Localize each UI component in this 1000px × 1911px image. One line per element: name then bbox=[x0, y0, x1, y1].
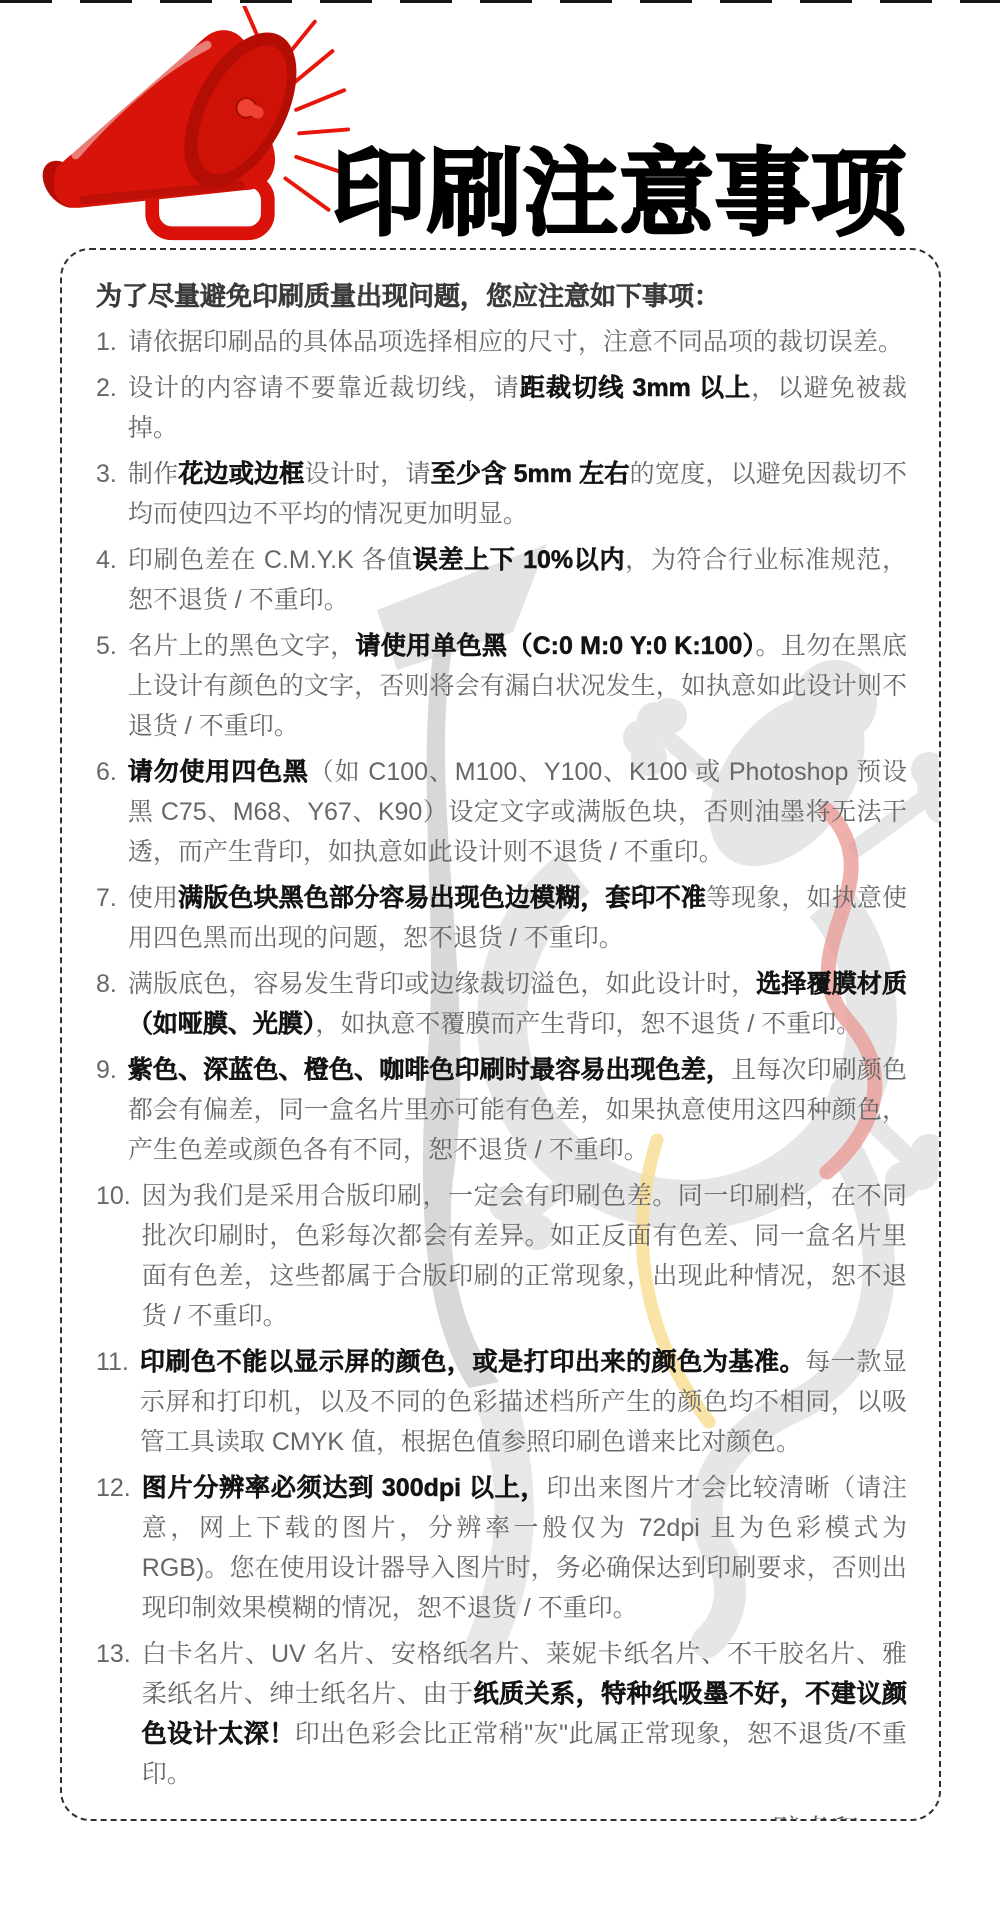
notice-item: 9.紫色、深蓝色、橙色、咖啡色印刷时最容易出现色差，且每次印刷颜色都会有偏差，同… bbox=[96, 1050, 907, 1170]
item-number: 9. bbox=[96, 1050, 117, 1170]
item-text-segment: 满版底色，容易发生背印或边缘裁切溢色，如此设计时， bbox=[128, 970, 756, 998]
signature-block: 壁虎印 2020 年 3 月 1 日 bbox=[96, 1808, 907, 1821]
item-text: 紫色、深蓝色、橙色、咖啡色印刷时最容易出现色差，且每次印刷颜色都会有偏差，同一盒… bbox=[128, 1050, 907, 1170]
item-text: 因为我们是采用合版印刷，一定会有印刷色差。同一印刷档，在不同批次印刷时，色彩每次… bbox=[142, 1176, 907, 1336]
signature: 壁虎印 bbox=[96, 1808, 859, 1821]
item-text: 请勿使用四色黑（如 C100、M100、Y100、K100 或 Photosho… bbox=[128, 752, 907, 872]
item-text-bold-segment: 至少含 5mm 左右 bbox=[431, 460, 630, 488]
notice-item: 7.使用满版色块黑色部分容易出现色边模糊，套印不准等现象，如执意使用四色黑而出现… bbox=[96, 878, 907, 958]
page-title: 印刷注意事项 bbox=[331, 124, 931, 264]
item-text-bold-segment: 花边或边框 bbox=[178, 460, 304, 488]
item-text: 满版底色，容易发生背印或边缘裁切溢色，如此设计时，选择覆膜材质（如哑膜、光膜），… bbox=[128, 964, 907, 1044]
item-text-bold-segment: 距裁切线 3mm 以上 bbox=[520, 374, 751, 402]
item-number: 7. bbox=[96, 878, 117, 958]
notice-item: 10.因为我们是采用合版印刷，一定会有印刷色差。同一印刷档，在不同批次印刷时，色… bbox=[96, 1176, 907, 1336]
item-number: 3. bbox=[96, 454, 117, 534]
intro-line: 为了尽量避免印刷质量出现问题，您应注意如下事项： bbox=[96, 276, 907, 316]
header: 印刷注意事项 bbox=[0, 0, 1000, 248]
notice-box: 为了尽量避免印刷质量出现问题，您应注意如下事项： 1.请依据印刷品的具体品项选择… bbox=[60, 248, 941, 1821]
item-text: 名片上的黑色文字，请使用单色黑（C:0 M:0 Y:0 K:100）。且勿在黑底… bbox=[128, 626, 907, 746]
item-number: 12. bbox=[96, 1468, 131, 1628]
item-text-segment: 使用 bbox=[128, 884, 178, 912]
item-text-segment: 名片上的黑色文字， bbox=[128, 632, 356, 660]
item-text: 设计的内容请不要靠近裁切线，请距裁切线 3mm 以上，以避免被裁掉。 bbox=[128, 368, 907, 448]
item-number: 1. bbox=[96, 322, 117, 362]
item-number: 2. bbox=[96, 368, 117, 448]
notice-item-list: 1.请依据印刷品的具体品项选择相应的尺寸，注意不同品项的裁切误差。2.设计的内容… bbox=[96, 322, 907, 1794]
notice-item: 6.请勿使用四色黑（如 C100、M100、Y100、K100 或 Photos… bbox=[96, 752, 907, 872]
item-text-segment: 请依据印刷品的具体品项选择相应的尺寸，注意不同品项的裁切误差。 bbox=[128, 328, 903, 356]
notice-item: 11.印刷色不能以显示屏的颜色，或是打印出来的颜色为基准。每一款显示屏和打印机，… bbox=[96, 1342, 907, 1462]
item-text-segment: 因为我们是采用合版印刷，一定会有印刷色差。同一印刷档，在不同批次印刷时，色彩每次… bbox=[142, 1182, 907, 1330]
item-number: 5. bbox=[96, 626, 117, 746]
notice-item: 2.设计的内容请不要靠近裁切线，请距裁切线 3mm 以上，以避免被裁掉。 bbox=[96, 368, 907, 448]
item-text-segment: 制作 bbox=[128, 460, 178, 488]
notice-item: 4.印刷色差在 C.M.Y.K 各值误差上下 10%以内，为符合行业标准规范，恕… bbox=[96, 540, 907, 620]
item-text: 印刷色差在 C.M.Y.K 各值误差上下 10%以内，为符合行业标准规范，恕不退… bbox=[128, 540, 907, 620]
item-text-bold-segment: 印刷色不能以显示屏的颜色，或是打印出来的颜色为基准。 bbox=[140, 1348, 805, 1376]
item-text: 制作花边或边框设计时，请至少含 5mm 左右的宽度，以避免因裁切不均而使四边不平… bbox=[128, 454, 907, 534]
item-text: 印刷色不能以显示屏的颜色，或是打印出来的颜色为基准。每一款显示屏和打印机，以及不… bbox=[140, 1342, 907, 1462]
notice-item: 1.请依据印刷品的具体品项选择相应的尺寸，注意不同品项的裁切误差。 bbox=[96, 322, 907, 362]
item-number: 10. bbox=[96, 1176, 131, 1336]
item-text: 白卡名片、UV 名片、安格纸名片、莱妮卡纸名片、不干胶名片、雅柔纸名片、绅士纸名… bbox=[142, 1634, 907, 1794]
item-text-bold-segment: 图片分辨率必须达到 300dpi 以上， bbox=[142, 1474, 547, 1502]
notice-item: 13.白卡名片、UV 名片、安格纸名片、莱妮卡纸名片、不干胶名片、雅柔纸名片、绅… bbox=[96, 1634, 907, 1794]
item-text: 请依据印刷品的具体品项选择相应的尺寸，注意不同品项的裁切误差。 bbox=[128, 322, 907, 362]
item-text-bold-segment: 误差上下 10%以内 bbox=[413, 546, 625, 574]
item-text-segment: 设计的内容请不要靠近裁切线，请 bbox=[128, 374, 520, 402]
item-number: 8. bbox=[96, 964, 117, 1044]
item-number: 6. bbox=[96, 752, 117, 872]
megaphone-icon bbox=[18, 6, 353, 246]
item-text: 图片分辨率必须达到 300dpi 以上，印出来图片才会比较清晰（请注意，网上下载… bbox=[142, 1468, 907, 1628]
notice-item: 5.名片上的黑色文字，请使用单色黑（C:0 M:0 Y:0 K:100）。且勿在… bbox=[96, 626, 907, 746]
item-text-bold-segment: 请勿使用四色黑 bbox=[128, 758, 309, 786]
item-number: 11. bbox=[96, 1342, 129, 1462]
item-text-segment: 印刷色差在 C.M.Y.K 各值 bbox=[128, 546, 413, 574]
item-text-bold-segment: 请使用单色黑（C:0 M:0 Y:0 K:100） bbox=[356, 632, 756, 660]
notice-content: 为了尽量避免印刷质量出现问题，您应注意如下事项： 1.请依据印刷品的具体品项选择… bbox=[62, 250, 939, 1821]
item-text: 使用满版色块黑色部分容易出现色边模糊，套印不准等现象，如执意使用四色黑而出现的问… bbox=[128, 878, 907, 958]
item-text-bold-segment: 紫色、深蓝色、橙色、咖啡色印刷时最容易出现色差， bbox=[128, 1056, 731, 1084]
item-text-segment: 设计时，请 bbox=[305, 460, 431, 488]
notice-item: 8.满版底色，容易发生背印或边缘裁切溢色，如此设计时，选择覆膜材质（如哑膜、光膜… bbox=[96, 964, 907, 1044]
notice-item: 12.图片分辨率必须达到 300dpi 以上，印出来图片才会比较清晰（请注意，网… bbox=[96, 1468, 907, 1628]
item-number: 4. bbox=[96, 540, 117, 620]
item-text-bold-segment: 满版色块黑色部分容易出现色边模糊，套印不准 bbox=[178, 884, 706, 912]
notice-item: 3.制作花边或边框设计时，请至少含 5mm 左右的宽度，以避免因裁切不均而使四边… bbox=[96, 454, 907, 534]
item-text-segment: ，如执意不覆膜而产生背印，恕不退货 / 不重印。 bbox=[315, 1010, 861, 1038]
item-number: 13. bbox=[96, 1634, 131, 1794]
print-notice-flyer: 印刷注意事项 bbox=[0, 0, 1000, 1911]
